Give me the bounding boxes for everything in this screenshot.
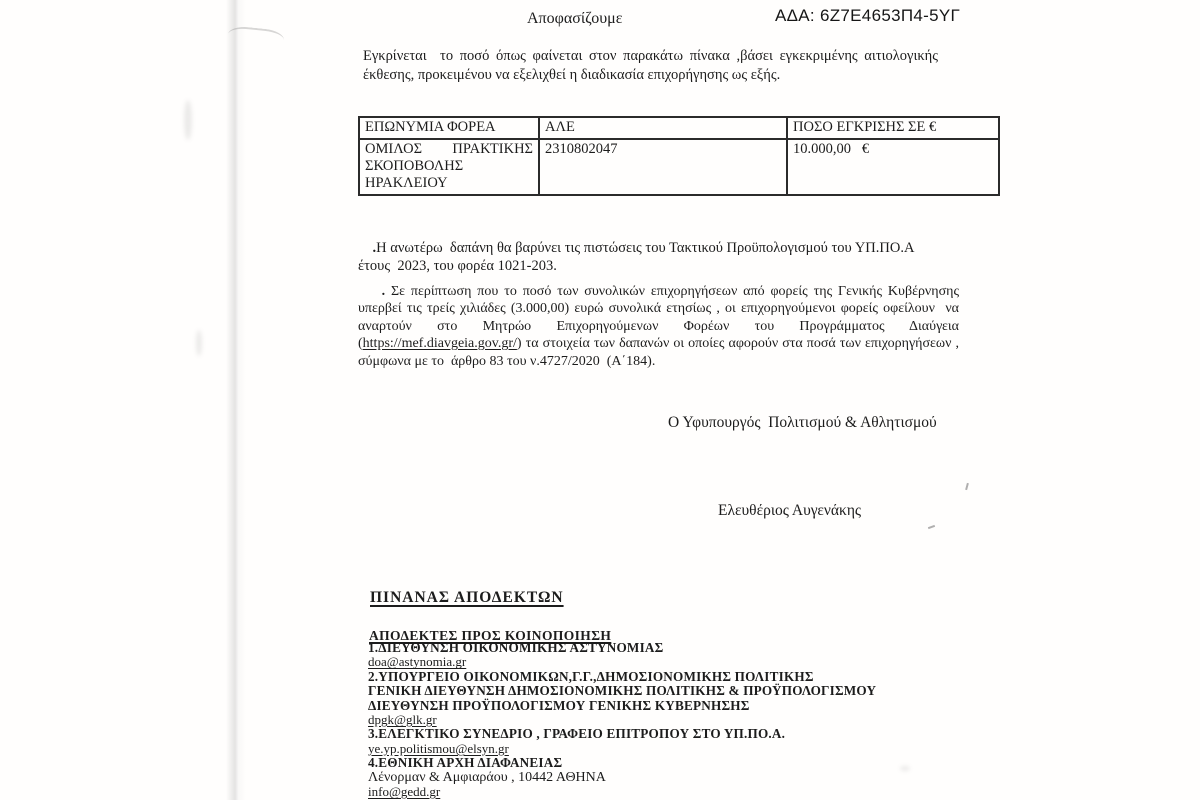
recipient-line: 3.ΕΛΕΓΚΤΙΚΟ ΣΥΝΕΔΡΙΟ , ΓΡΑΦΕΙΟ ΕΠΙΤΡΟΠΟΥ…: [368, 727, 928, 741]
ale-cell: 2310802047: [539, 139, 787, 195]
org-name-line1: ΟΜΙΛΟΣ ΠΡΑΚΤΙΚΗΣ: [365, 141, 533, 158]
recipient-line: 4.ΕΘΝΙΚΗ ΑΡΧΗ ΔΙΑΦΑΝΕΙΑΣ: [368, 756, 928, 770]
recipient-line: 1.ΔΙΕΥΘΥΝΣΗ ΟΙΚΟΝΟΜΙΚΗΣ ΑΣΤΥΝΟΜΙΑΣ: [368, 641, 928, 655]
funding-table: ΕΠΩΝΥΜΙΑ ΦΟΡΕΑ ΑΛΕ ΠΟΣΟ ΕΓΚΡΙΣΗΣ ΣΕ € ΟΜ…: [358, 116, 1000, 196]
scan-smudge: [196, 330, 202, 356]
org-name-cell: ΟΜΙΛΟΣ ΠΡΑΚΤΙΚΗΣ ΣΚΟΠΟΒΟΛΗΣ ΗΡΑΚΛΕΙΟΥ: [359, 139, 539, 195]
diavgeia-link[interactable]: https://mef.diavgeia.gov.gr/: [363, 336, 517, 351]
table-data-row: ΟΜΙΛΟΣ ΠΡΑΚΤΙΚΗΣ ΣΚΟΠΟΒΟΛΗΣ ΗΡΑΚΛΕΙΟΥ 23…: [359, 139, 999, 195]
scan-speck: [965, 483, 969, 490]
recipient-line: 2.ΥΠΟΥΡΓΕΙΟ ΟΙΚΟΝΟΜΙΚΩΝ,Γ.Γ.,ΔΗΜΟΣΙΟΝΟΜΙ…: [368, 670, 928, 684]
recipient-email-link[interactable]: doa@astynomia.gr: [368, 654, 466, 669]
document-page: Αποφασίζουμε ΑΔΑ: 6Ζ7Ε4653Π4-5ΥΓ Εγκρίνε…: [0, 0, 1200, 800]
scan-smudge: [184, 100, 192, 140]
header-cell-ale: ΑΛΕ: [539, 117, 787, 139]
org-name-line3: ΗΡΑΚΛΕΙΟΥ: [365, 175, 533, 192]
signature-title: Ο Υφυπουργός Πολιτισμού & Αθλητισμού: [668, 414, 937, 432]
recipients-title: ΠΙΝΑΝΑΣ ΑΠΟΔΕΚΤΩΝ: [370, 589, 564, 607]
recipient-email: ye.yp.politismou@elsyn.gr: [368, 742, 928, 756]
scan-speck: [928, 525, 935, 529]
recipient-email: doa@astynomia.gr: [368, 655, 928, 669]
ada-code: ΑΔΑ: 6Ζ7Ε4653Π4-5ΥΓ: [775, 6, 960, 26]
intro-paragraph: Εγκρίνεται το ποσό όπως φαίνεται στον πα…: [363, 47, 938, 85]
recipient-line: ΓΕΝΙΚΗ ΔΙΕΥΘΥΝΣΗ ΔΗΜΟΣΙΟΝΟΜΙΚΗΣ ΠΟΛΙΤΙΚΗ…: [368, 684, 928, 698]
recipient-email: dpgk@glk.gr: [368, 713, 928, 727]
table-header-row: ΕΠΩΝΥΜΙΑ ΦΟΡΕΑ ΑΛΕ ΠΟΣΟ ΕΓΚΡΙΣΗΣ ΣΕ €: [359, 117, 999, 139]
recipient-email-link[interactable]: dpgk@glk.gr: [368, 712, 437, 727]
recipient-email: info@gedd.gr: [368, 785, 928, 799]
recipient-address-line: Λένορμαν & Αμφιαράου , 10442 ΑΘΗΝΑ: [368, 771, 928, 785]
amount-cell: 10.000,00 €: [787, 139, 999, 195]
recipient-email-link[interactable]: ye.yp.politismou@elsyn.gr: [368, 741, 509, 756]
header-cell-poso-egkrisis: ΠΟΣΟ ΕΓΚΡΙΣΗΣ ΣΕ €: [787, 117, 999, 139]
header-cell-eponymia-forea: ΕΠΩΝΥΜΙΑ ΦΟΡΕΑ: [359, 117, 539, 139]
recipients-list: 1.ΔΙΕΥΘΥΝΣΗ ΟΙΚΟΝΟΜΙΚΗΣ ΑΣΤΥΝΟΜΙΑΣ doa@a…: [368, 641, 928, 799]
recipient-email-link[interactable]: info@gedd.gr: [368, 784, 440, 799]
recipient-line: ΔΙΕΥΘΥΝΣΗ ΠΡΟΫΠΟΛΟΓΙΣΜΟΥ ΓΕΝΙΚΗΣ ΚΥΒΕΡΝΗ…: [368, 699, 928, 713]
note-transparency: . Σε περίπτωση που το ποσό των συνολικών…: [358, 265, 959, 388]
org-name-line2: ΣΚΟΠΟΒΟΛΗΣ: [365, 158, 533, 175]
decision-heading: Αποφασίζουμε: [527, 10, 622, 28]
signature-name: Ελευθέριος Αυγενάκης: [718, 502, 861, 520]
scan-page-edge-shadow: [226, 0, 246, 800]
